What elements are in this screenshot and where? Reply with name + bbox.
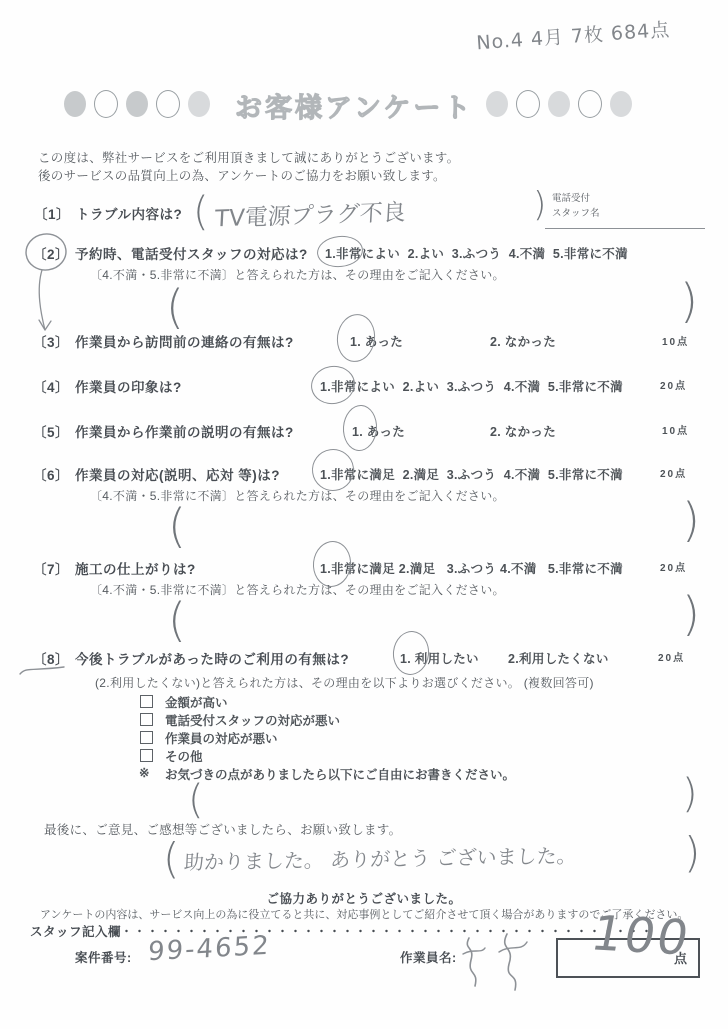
q6-reason-note: 〔4.不満・5.非常に不満〕と答えられた方は、その理由をご記入ください。 [90,487,505,504]
q8-free-open-paren: ( [188,780,204,820]
disclaimer-line: アンケートの内容は、サービス向上の為に役立てると共に、対応事例としてご紹介させて… [40,906,688,922]
title-circles-left [60,90,214,118]
q7-options: 1.非常に満足 2.満足 3.ふつう 4.不満 5.非常に不満 [320,559,623,577]
q5-number: 〔5〕 [33,425,69,440]
q7-number: 〔7〕 [33,562,69,577]
decorative-circle-icon [486,91,508,117]
q2-options: 1.非常によい 2.よい 3.ふつう 4.不満 5.非常に不満 [325,244,628,262]
decorative-circle-icon [610,91,632,117]
q1-label: 〔1〕トラブル内容は? [34,203,182,223]
q3-label: 〔3〕作業員から訪問前の連絡の有無は? [33,331,294,351]
comment-open-paren: ( [163,838,179,880]
case-number-label: 案件番号: [75,948,132,966]
q8-checkbox-1 [140,695,153,708]
q6-options: 1.非常に満足 2.満足 3.ふつう 4.不満 5.非常に不満 [320,465,623,483]
q7-points: 20点 [660,559,687,574]
q8-reason-note: (2.利用したくない)と答えられた方は、その理由を以下よりお選びください。 (複… [95,674,594,691]
q6-number: 〔6〕 [33,468,69,483]
q2-label: 〔2〕予約時、電話受付スタッフの対応は? [33,243,308,263]
q8-handwritten-checkmark [18,662,68,678]
decorative-circle-icon [578,90,602,118]
case-number-handwriting: 99-4652 [147,931,271,968]
header-handwritten-note: No.4 4月 7枚 684点 [475,12,716,56]
q3-option-2: 2. なかった [490,332,556,350]
decorative-circle-icon [516,90,540,118]
q2-free-open-paren: ( [166,284,184,330]
q6-free-open-paren: ( [168,503,186,549]
title-circles-right [482,90,636,118]
q8-checkbox-4-label: その他 [165,747,203,765]
worker-signature-handwriting [455,924,541,996]
q7-label: 〔7〕施工の仕上がりは? [33,558,196,578]
worker-name-label: 作業員名: [400,948,457,966]
q2-selected-circle [316,234,365,270]
thanks-line: ご協力ありがとうございました。 [0,889,728,907]
decorative-circle-icon [126,91,148,117]
q3-points: 10点 [662,333,689,348]
q8-checkbox-1-label: 金額が高い [165,693,228,711]
q4-label: 〔4〕作業員の印象は? [33,376,182,396]
q8-checkbox-4 [140,749,153,762]
intro-line-1: この度は、弊社サービスをご利用頂きまして誠にありがとうございます。 [38,148,459,166]
comment-close-paren: ) [684,832,700,874]
q5-label: 〔5〕作業員から作業前の説明の有無は? [33,421,294,441]
score-unit-label: 点 [674,948,688,967]
q8-checkbox-2 [140,713,153,726]
decorative-circle-icon [156,90,180,118]
q1-answer-open-paren: ( [193,192,209,232]
q8-checkbox-3-label: 作業員の対応が悪い [165,729,278,747]
q8-selected-circle [391,629,431,677]
q1-answer-handwriting: TV電源プラグ不良 [214,194,406,234]
q4-points: 20点 [660,377,687,392]
intro-line-2: 後のサービスの品質向上の為、アンケートのご協力をお願い致します。 [38,166,446,184]
closing-comment-handwriting: 助かりました。 ありがとう ございました。 [183,840,577,876]
decorative-circle-icon [188,91,210,117]
q4-options: 1.非常によい 2.よい 3.ふつう 4.不満 5.非常に不満 [320,377,623,395]
q8-label: 〔8〕今後トラブルがあった時のご利用の有無は? [33,648,349,668]
q8-free-close-paren: ) [682,774,698,814]
q8-free-note: お気づきの点がありましたら以下にご自由にお書きください。 [165,765,515,783]
decorative-circle-icon [94,90,118,118]
q7-free-close-paren: ) [682,591,700,637]
q3-number: 〔3〕 [33,335,69,350]
q6-free-close-paren: ) [682,497,700,543]
q3-selected-circle [334,312,378,365]
q1-number: 〔1〕 [34,207,70,222]
decorative-circle-icon [548,91,570,117]
q8-checkbox-3 [140,731,153,744]
q8-points: 20点 [658,649,685,664]
q2-number: 〔2〕 [33,247,69,262]
q5-option-2: 2. なかった [490,422,556,440]
q8-option-2: 2.利用したくない [508,649,609,667]
closing-prompt: 最後に、ご意見、ご感想等ございましたら、お願い致します。 [44,820,401,838]
survey-sheet: No.4 4月 7枚 684点 お客様アンケート この度は、弊社サービスをご利用… [0,0,728,1029]
q6-points: 20点 [660,465,687,480]
q6-label: 〔6〕作業員の対応(説明、応対 等)は? [33,464,280,484]
decorative-circle-icon [64,91,86,117]
q7-free-open-paren: ( [168,597,186,643]
q2-reason-note: 〔4.不満・5.非常に不満〕と答えられた方は、その理由をご記入ください。 [90,266,505,283]
q1-staff-name-line [545,212,705,229]
q4-selected-circle [308,362,358,407]
q8-checkbox-2-label: 電話受付スタッフの対応が悪い [165,711,340,729]
q5-points: 10点 [662,422,689,437]
q7-reason-note: 〔4.不満・5.非常に不満〕と答えられた方は、その理由をご記入ください。 [90,581,505,598]
q8-free-note-mark: ※ [139,765,149,780]
q5-selected-circle [341,404,378,452]
page-title: お客様アンケート [235,86,473,125]
q2-free-close-paren: ) [680,278,698,324]
q4-number: 〔4〕 [33,380,69,395]
